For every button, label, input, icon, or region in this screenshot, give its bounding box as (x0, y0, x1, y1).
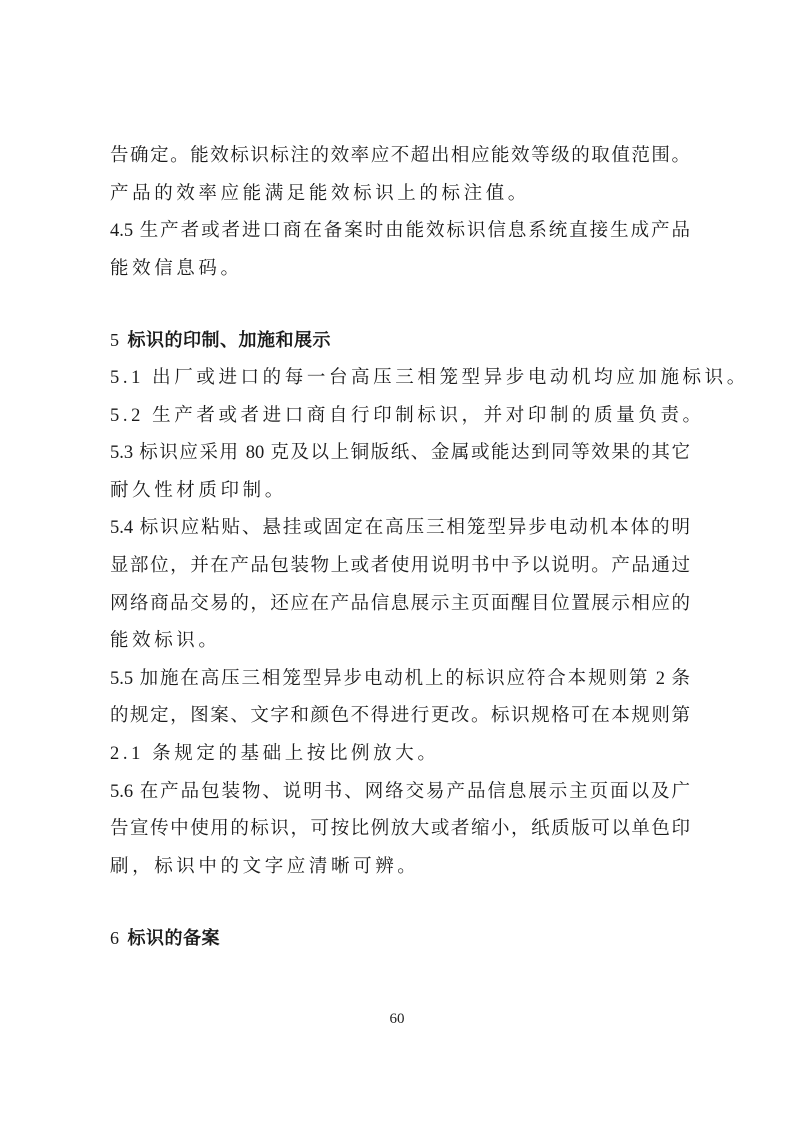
section-spacer (110, 886, 690, 920)
text-line: 5.6 在产品包装物、说明书、网络交易产品信息展示主页面以及广 (110, 774, 690, 812)
paragraph-5-6: 5.6 在产品包装物、说明书、网络交易产品信息展示主页面以及广 告宣传中使用的标… (110, 774, 690, 887)
text-line: 5.3 标识应采用 80 克及以上铜版纸、金属或能达到同等效果的其它 (110, 435, 690, 473)
paragraph-5-5: 5.5 加施在高压三相笼型异步电动机上的标识应符合本规则第 2 条 的规定，图案… (110, 661, 690, 774)
text-line: 5.2 生产者或者进口商自行印制标识，并对印制的质量负责。 (110, 398, 690, 436)
text-line: 告确定。能效标识标注的效率应不超出相应能效等级的取值范围。 (110, 138, 690, 176)
text-line: 4.5 生产者或者进口商在备案时由能效标识信息系统直接生成产品 (110, 213, 690, 251)
text-line: 产品的效率应能满足能效标识上的标注值。 (110, 176, 690, 214)
text-line: 告宣传中使用的标识，可按比例放大或者缩小，纸质版可以单色印 (110, 811, 690, 849)
paragraph-5-1: 5.1 出厂或进口的每一台高压三相笼型异步电动机均应加施标识。 (110, 360, 690, 398)
text-line: 5.5 加施在高压三相笼型异步电动机上的标识应符合本规则第 2 条 (110, 661, 690, 699)
section-title: 标识的印制、加施和展示 (128, 330, 332, 351)
document-body: 告确定。能效标识标注的效率应不超出相应能效等级的取值范围。 产品的效率应能满足能… (110, 138, 690, 958)
text-line: 5.4 标识应粘贴、悬挂或固定在高压三相笼型异步电动机本体的明 (110, 510, 690, 548)
section-number: 5 (110, 330, 120, 350)
section-heading-6: 6标识的备案 (110, 920, 690, 958)
text-line: 耐久性材质印制。 (110, 473, 690, 511)
section-heading-5: 5标识的印制、加施和展示 (110, 322, 690, 360)
text-line: 2.1 条规定的基础上按比例放大。 (110, 736, 690, 774)
section-number: 6 (110, 928, 120, 948)
text-line: 网络商品交易的，还应在产品信息展示主页面醒目位置展示相应的 (110, 586, 690, 624)
text-line: 的规定，图案、文字和颜色不得进行更改。标识规格可在本规则第 (110, 698, 690, 736)
text-line: 5.1 出厂或进口的每一台高压三相笼型异步电动机均应加施标识。 (110, 360, 690, 398)
text-line: 刷，标识中的文字应清晰可辨。 (110, 849, 690, 887)
text-line: 能效信息码。 (110, 251, 690, 289)
section-spacer (110, 288, 690, 322)
paragraph-5-2: 5.2 生产者或者进口商自行印制标识，并对印制的质量负责。 (110, 398, 690, 436)
text-line: 显部位，并在产品包装物上或者使用说明书中予以说明。产品通过 (110, 548, 690, 586)
text-line: 能效标识。 (110, 623, 690, 661)
page-number: 60 (0, 1011, 794, 1028)
paragraph-5-3: 5.3 标识应采用 80 克及以上铜版纸、金属或能达到同等效果的其它 耐久性材质… (110, 435, 690, 510)
paragraph-4-5: 4.5 生产者或者进口商在备案时由能效标识信息系统直接生成产品 能效信息码。 (110, 213, 690, 288)
section-title: 标识的备案 (128, 928, 221, 949)
paragraph-continuation: 告确定。能效标识标注的效率应不超出相应能效等级的取值范围。 产品的效率应能满足能… (110, 138, 690, 213)
paragraph-5-4: 5.4 标识应粘贴、悬挂或固定在高压三相笼型异步电动机本体的明 显部位，并在产品… (110, 510, 690, 660)
